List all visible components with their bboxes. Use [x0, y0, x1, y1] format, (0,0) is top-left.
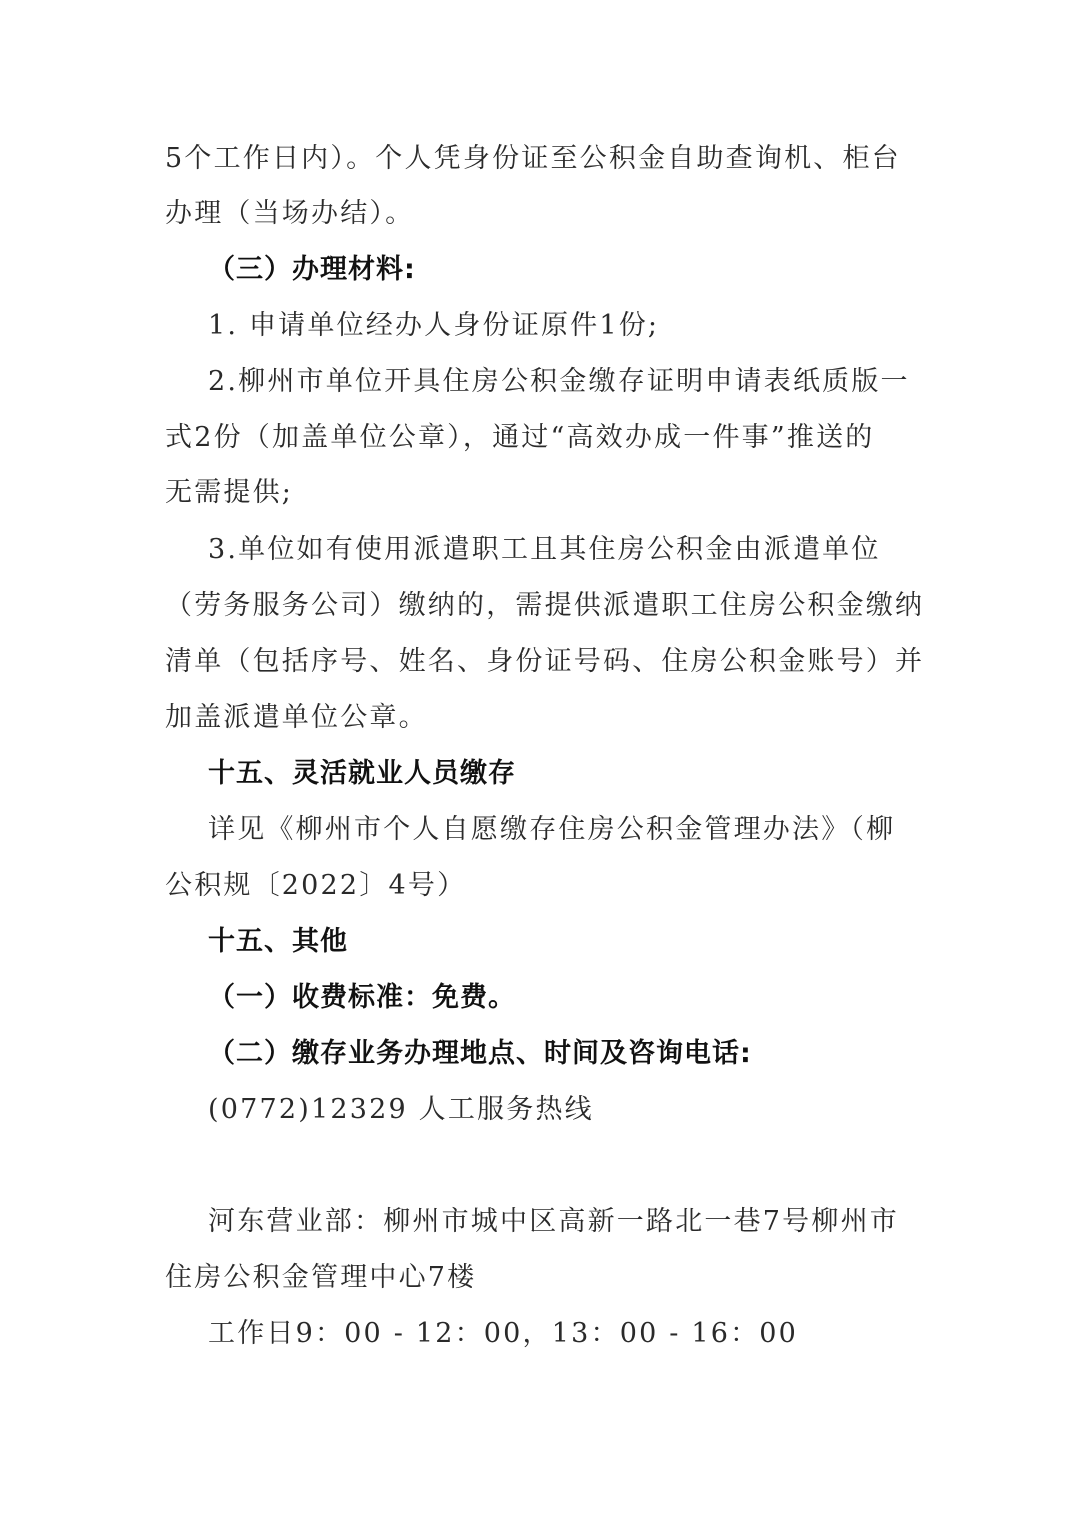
list-item-material-1: 1. 申请单位经办人身份证原件1份;: [208, 306, 958, 346]
list-item-material-3-cont2: 清单（包括序号、姓名、身份证号码、住房公积金账号）并: [165, 642, 915, 682]
paragraph-flexible-employment-cont: 公积规〔2022〕4号）: [165, 866, 915, 906]
list-item-material-3: 3.单位如有使用派遣职工且其住房公积金由派遣单位: [208, 530, 958, 570]
list-item-material-3-end: 加盖派遣单位公章。: [165, 698, 915, 738]
list-item-material-2-end: 无需提供;: [165, 473, 915, 513]
section-heading-flexible-employment: 十五、灵活就业人员缴存: [208, 754, 958, 794]
list-item-material-2: 2.柳州市单位开具住房公积金缴存证明申请表纸质版一: [208, 362, 958, 402]
list-item-material-2-cont: 式2份（加盖单位公章），通过“高效办成一件事”推送的: [165, 418, 915, 458]
paragraph-line-processing-time-cont: 办理（当场办结）。: [165, 194, 915, 234]
subheading-location-hours-phone: （二）缴存业务办理地点、时间及咨询电话:: [208, 1034, 958, 1074]
office-hours: 工作日9：00 - 12：00，13：00 - 16：00: [208, 1314, 958, 1354]
section-heading-materials: （三）办理材料:: [208, 250, 958, 290]
list-item-material-3-cont: （劳务服务公司）缴纳的，需提供派遣职工住房公积金缴纳: [165, 586, 915, 626]
document-page: 5个工作日内）。个人凭身份证至公积金自助查询机、柜台 办理（当场办结）。 （三）…: [0, 0, 1074, 1520]
paragraph-flexible-employment: 详见《柳州市个人自愿缴存住房公积金管理办法》（柳: [208, 810, 958, 850]
subheading-fee-standard: （一）收费标准：免费。: [208, 978, 958, 1018]
hotline-text: (0772)12329 人工服务热线: [208, 1090, 958, 1130]
office-address-cont: 住房公积金管理中心7楼: [165, 1258, 915, 1298]
section-heading-other: 十五、其他: [208, 922, 958, 962]
paragraph-line-processing-time: 5个工作日内）。个人凭身份证至公积金自助查询机、柜台: [165, 139, 915, 179]
office-address: 河东营业部：柳州市城中区高新一路北一巷7号柳州市: [208, 1202, 958, 1242]
